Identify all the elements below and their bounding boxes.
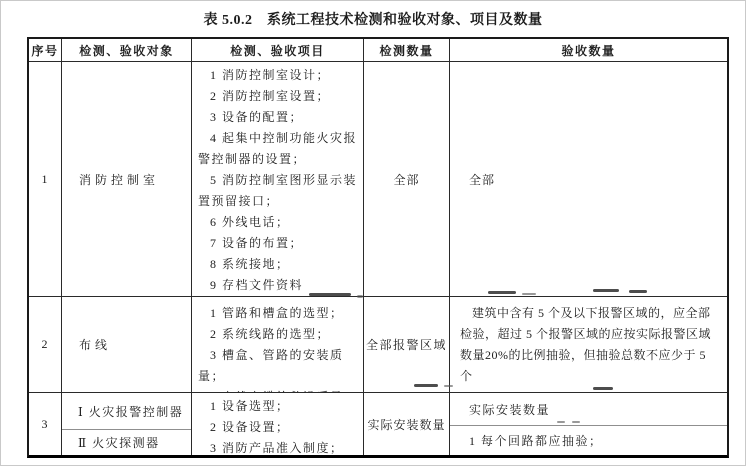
scan-artifact [593,387,613,390]
row3-acceptance-loop-sample: 1 每个回路都应抽验； [450,425,727,455]
row3-items: 1 设备选型； 2 设备设置； 3 消防产品准入制度； [192,393,364,455]
row1-items: 1 消防控制室设计； 2 消防控制室设置； 3 设备的配置； 4 起集中控制功能… [192,62,364,297]
scan-artifact [557,421,565,423]
row2-item: 2 系统线路的选型； [198,324,359,345]
row3-item: 2 设备设置； [198,417,359,438]
row3-serial: 3 [29,393,62,455]
row1-object: 消防控制室 [62,62,192,297]
row2-item: 1 管路和槽盒的选型； [198,303,359,324]
row3-object-detector: Ⅱ 火灾探测器 [62,429,191,455]
header-serial-number: 序号 [29,39,62,62]
scan-artifact [522,293,536,295]
row2-acceptance-text: 建筑中含有 5 个及以下报警区域的，应全部检验，超过 5 个报警区域的应按实际报… [450,303,727,387]
row2-acceptance-quantity: 建筑中含有 5 个及以下报警区域的，应全部检验，超过 5 个报警区域的应按实际报… [450,297,727,393]
row1-item: 5 消防控制室图形显示装置预留接口； [198,170,359,212]
header-item: 检测、验收项目 [192,39,364,62]
row3-object-controller: Ⅰ 火灾报警控制器 [62,393,191,429]
row1-item: 4 起集中控制功能火灾报警控制器的设置； [198,128,359,170]
header-acceptance-quantity: 验收数量 [450,39,727,62]
row2-test-quantity: 全部报警区域 [364,297,450,393]
scanned-document-page: 表 5.0.2 系统工程技术检测和验收对象、项目及数量 序号 检测、验收对象 检… [0,0,746,466]
row1-item: 3 设备的配置； [198,107,359,128]
row1-item: 6 外线电话； [198,212,359,233]
row1-acceptance-quantity: 全部 [450,62,727,297]
row1-test-quantity: 全部 [364,62,450,297]
row3-item: 1 设备选型； [198,396,359,417]
row1-item: 8 系统接地； [198,254,359,275]
scan-artifact [357,295,363,298]
row1-item: 1 消防控制室设计； [198,65,359,86]
table-title: 表 5.0.2 系统工程技术检测和验收对象、项目及数量 [1,9,745,29]
row2-object: 布线 [62,297,192,393]
row2-items: 1 管路和槽盒的选型； 2 系统线路的选型； 3 槽盒、管路的安装质量； 4 电… [192,297,364,393]
row1-item: 7 设备的布置； [198,233,359,254]
header-object: 检测、验收对象 [62,39,192,62]
row3-acceptance-installed: 实际安装数量 [450,393,727,425]
row1-serial: 1 [29,62,62,297]
scan-artifact [444,385,453,387]
scan-artifact [309,293,351,296]
scan-artifact [572,421,580,423]
row2-item: 3 槽盒、管路的安装质量； [198,345,359,387]
row3-test-quantity: 实际安装数量 [364,393,450,455]
header-test-quantity: 检测数量 [364,39,450,62]
row3-item: 3 消防产品准入制度； [198,438,359,455]
scan-artifact [629,290,647,293]
row1-item: 2 消防控制室设置； [198,86,359,107]
scan-artifact [593,289,619,292]
row3-object-group: Ⅰ 火灾报警控制器 Ⅱ 火灾探测器 [62,393,192,455]
row3-acceptance-group: 实际安装数量 1 每个回路都应抽验； [450,393,727,455]
scan-artifact [414,384,438,387]
scan-artifact [488,291,516,294]
inspection-acceptance-table: 序号 检测、验收对象 检测、验收项目 检测数量 验收数量 1 消防控制室 1 消… [27,37,729,458]
row2-serial: 2 [29,297,62,393]
